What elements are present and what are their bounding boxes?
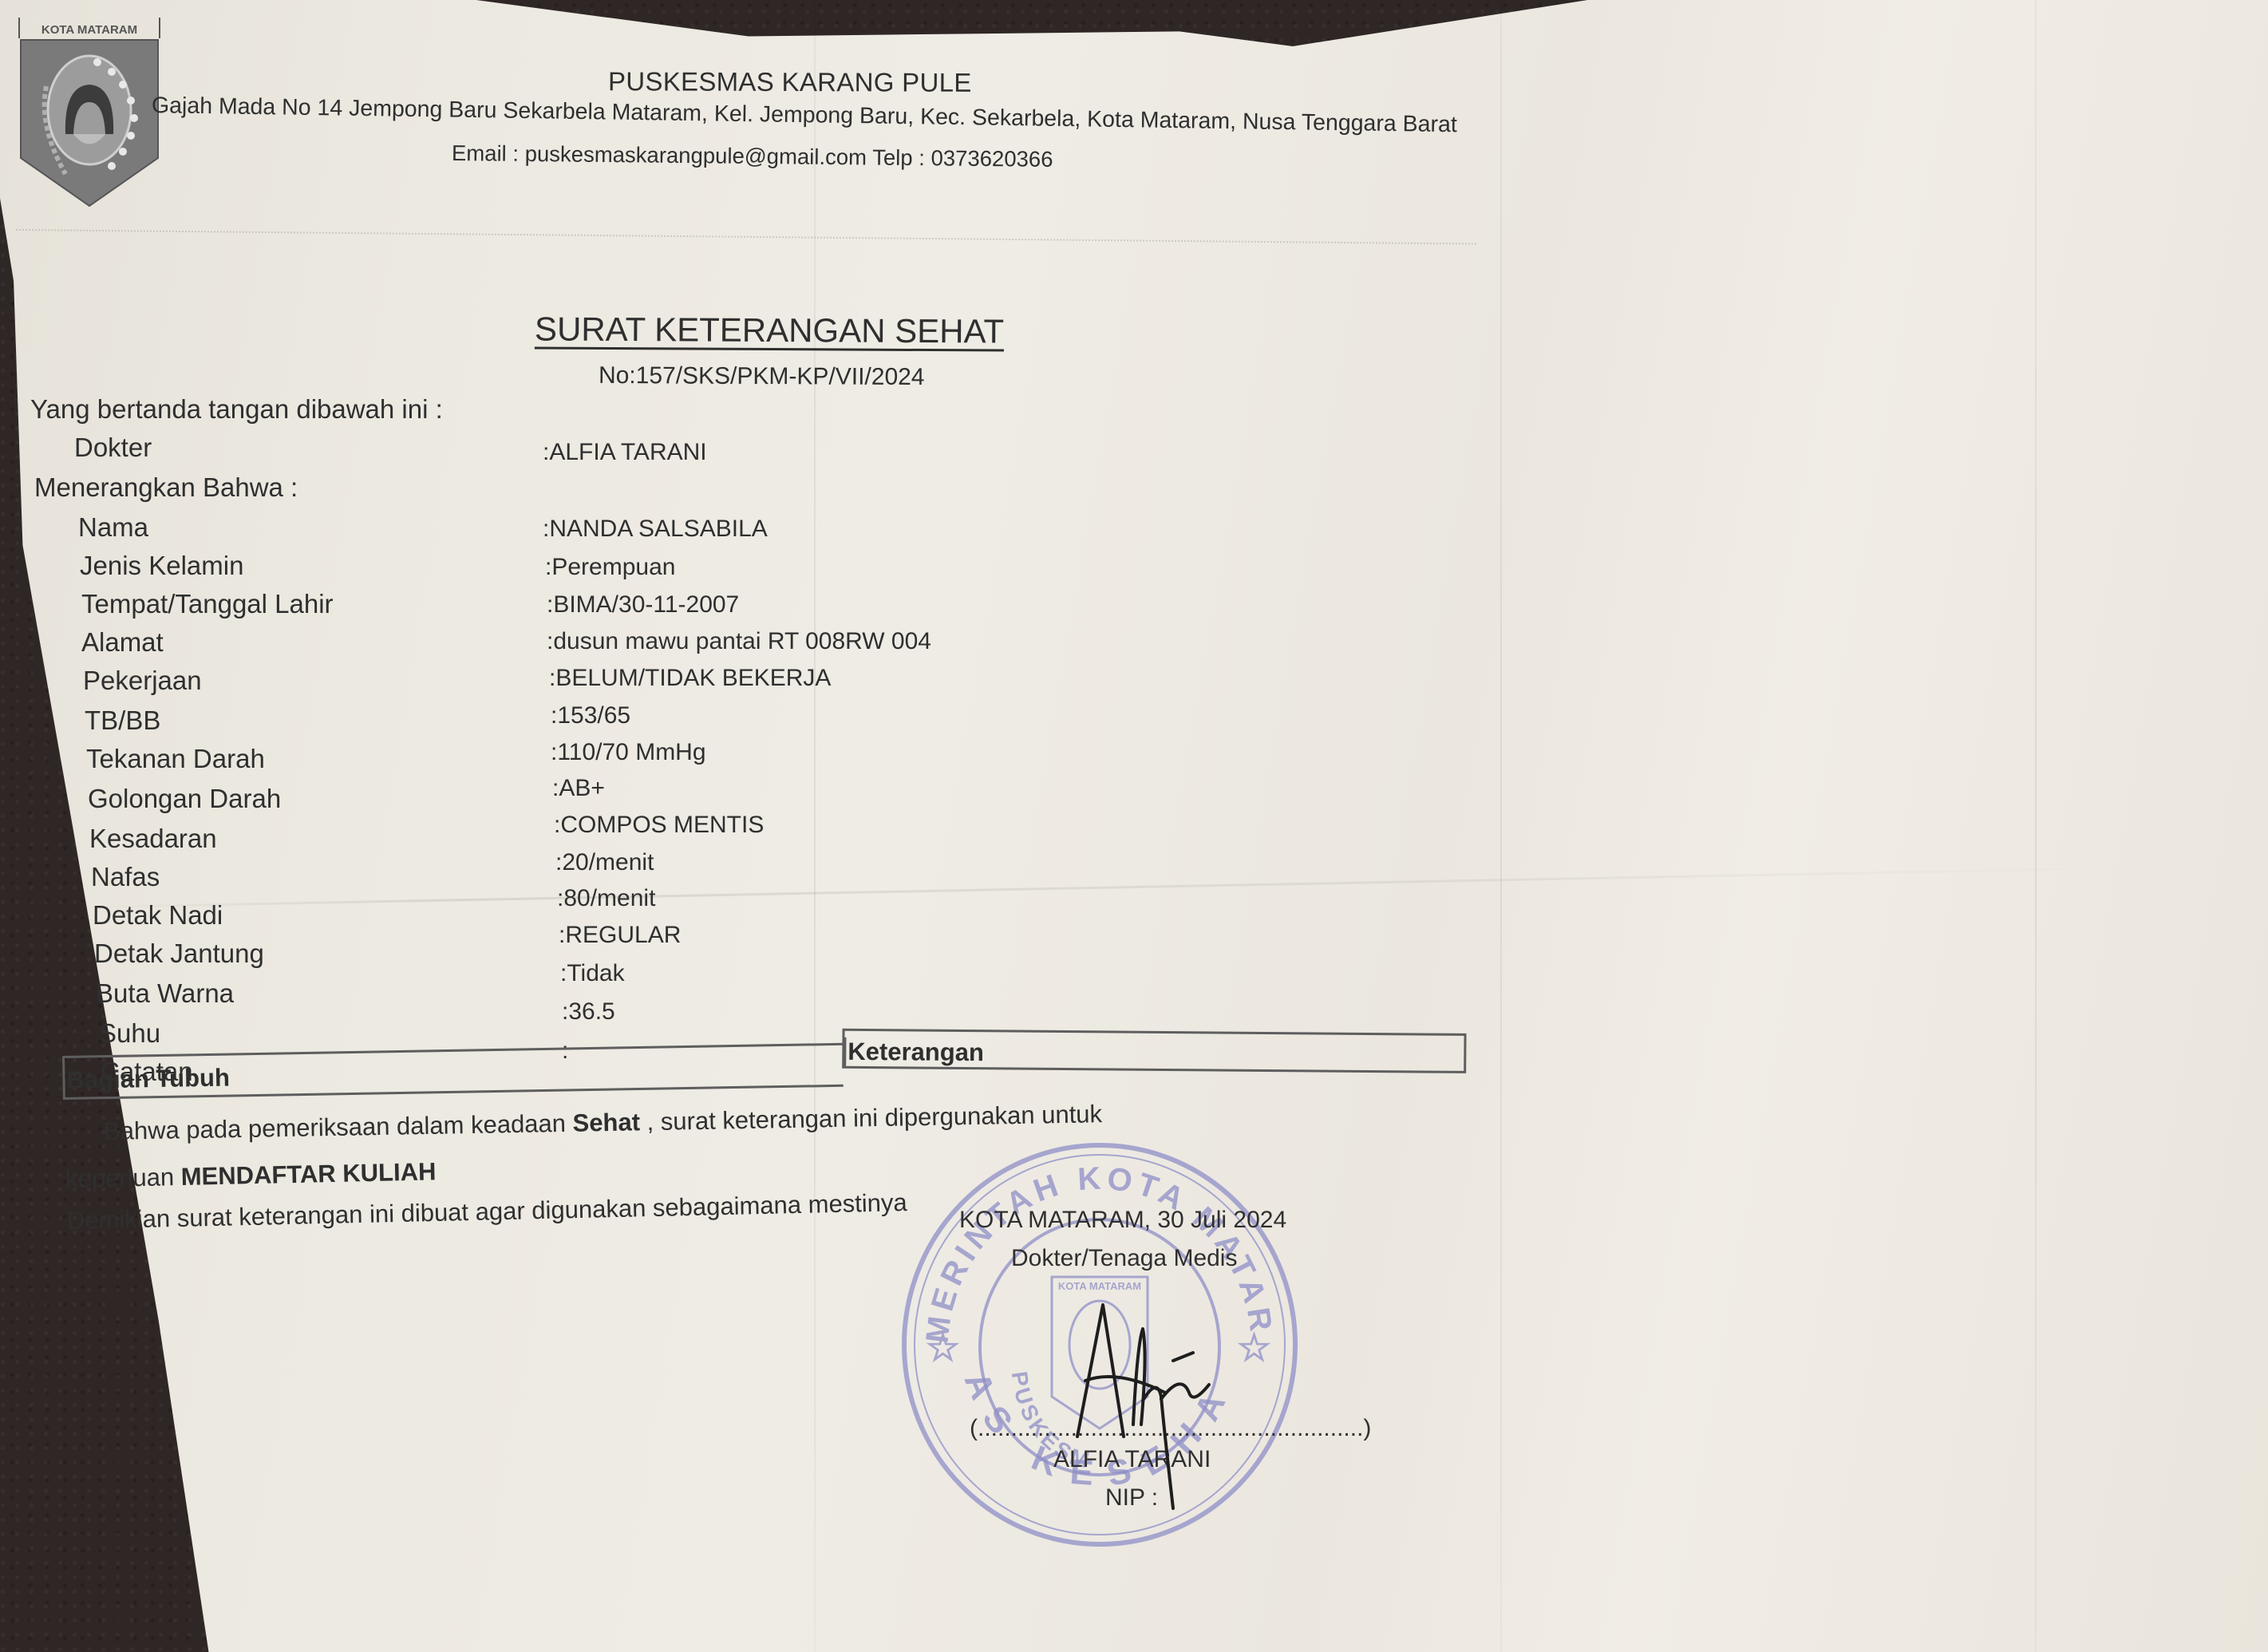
organization-contact: Email : puskesmaskarangpule@gmail.com Te…: [452, 140, 1053, 172]
field-label: Nama: [78, 512, 148, 543]
purpose-paragraph: keperluan MENDAFTAR KULIAH: [65, 1157, 437, 1194]
table-header-notes: Keterangan: [844, 1037, 984, 1067]
handwritten-signature-icon: [1053, 1297, 1237, 1512]
svg-text:KOTA MATARAM: KOTA MATARAM: [41, 23, 137, 37]
closing-paragraph: Demikian surat keterangan ini dibuat aga…: [67, 1188, 907, 1235]
field-label: Alamat: [81, 627, 164, 658]
organization-address: Gajah Mada No 14 Jempong Baru Sekarbela …: [152, 93, 1457, 138]
field-label: Golongan Darah: [88, 784, 281, 814]
field-label: Buta Warna: [96, 978, 234, 1009]
table-cell-notes: Keterangan: [842, 1029, 1466, 1073]
examination-table: Bagian Tubuh Keterangan: [62, 1033, 1468, 1100]
field-value: :BIMA/30-11-2007: [547, 591, 739, 619]
document-number: No:157/SKS/PKM-KP/VII/2024: [599, 362, 925, 391]
field-value: :Tidak: [560, 960, 625, 987]
field-value: :AB+: [552, 775, 605, 802]
kota-mataram-logo-icon: KOTA MATARAM: [18, 14, 161, 209]
field-label: Jenis Kelamin: [80, 551, 243, 581]
field-label: Detak Jantung: [94, 939, 264, 969]
intro-statement: Menerangkan Bahwa :: [34, 472, 298, 503]
purpose: MENDAFTAR KULIAH: [180, 1157, 436, 1191]
svg-text:☆: ☆: [1237, 1327, 1271, 1369]
field-label: Pekerjaan: [83, 666, 202, 696]
organization-name: PUSKESMAS KARANG PULE: [608, 66, 972, 98]
doctor-label: Dokter: [74, 433, 152, 463]
field-label: Nafas: [91, 862, 160, 892]
svg-text:☆: ☆: [926, 1327, 960, 1369]
table-header-body-part: Bagian Tubuh: [66, 1064, 230, 1095]
doctor-value: :ALFIA TARANI: [543, 439, 707, 466]
field-value: :COMPOS MENTIS: [554, 812, 764, 839]
document-title: SURAT KETERANGAN SEHAT: [535, 310, 1004, 350]
field-value: :NANDA SALSABILA: [543, 516, 768, 543]
field-label: Suhu: [99, 1018, 160, 1049]
table-cell-body-part: Bagian Tubuh: [62, 1043, 844, 1100]
field-value: :dusun mawu pantai RT 008RW 004: [547, 628, 931, 655]
field-value: :80/menit: [557, 885, 655, 912]
field-label: Tekanan Darah: [86, 744, 265, 774]
field-label: Tempat/Tanggal Lahir: [81, 589, 334, 619]
field-label: Kesadaran: [89, 824, 217, 854]
intro-signer: Yang bertanda tangan dibawah ini :: [30, 394, 443, 425]
field-value: :REGULAR: [559, 922, 681, 949]
health-status: Sehat: [572, 1108, 640, 1136]
field-label: Detak Nadi: [93, 900, 223, 931]
field-value: :110/70 MmHg: [551, 739, 706, 766]
field-value: :36.5: [562, 998, 615, 1026]
field-value: :BELUM/TIDAK BEKERJA: [549, 665, 831, 692]
health-certificate: KOTA MATARAM PUSKESMAS KARANG PULE Gajah…: [0, 0, 2268, 1652]
signature-role: Dokter/Tenaga Medis: [1011, 1245, 1237, 1272]
svg-text:KOTA MATARAM: KOTA MATARAM: [1058, 1280, 1141, 1292]
signature-place-date: KOTA MATARAM, 30 Juli 2024: [959, 1207, 1286, 1234]
field-value: :Perempuan: [545, 554, 675, 581]
field-label: TB/BB: [85, 705, 160, 736]
field-value: :153/65: [551, 702, 630, 729]
field-value: :20/menit: [555, 849, 654, 876]
